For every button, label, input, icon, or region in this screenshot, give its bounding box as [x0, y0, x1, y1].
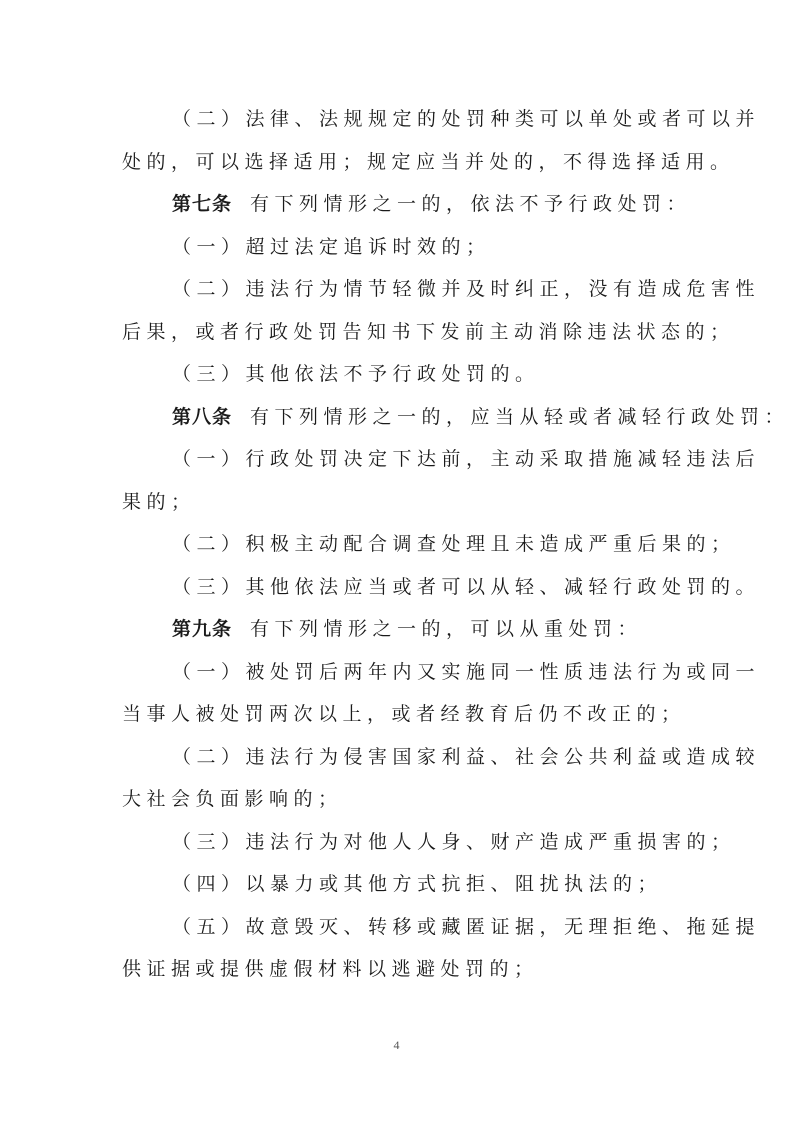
article-number: 第九条 [172, 618, 232, 640]
paragraph-line: 当事人被处罚两次以上，或者经教育后仍不改正的； [122, 693, 674, 736]
paragraph-line: （五）故意毁灭、转移或藏匿证据，无理拒绝、拖延提 [122, 906, 674, 949]
paragraph-line: 大社会负面影响的； [122, 778, 674, 821]
paragraph-line: 供证据或提供虚假材料以逃避处罚的； [122, 948, 674, 991]
paragraph-line: （四）以暴力或其他方式抗拒、阻扰执法的； [122, 863, 674, 906]
article-number: 第八条 [172, 406, 232, 428]
document-page-body: （二）法律、法规规定的处罚种类可以单处或者可以并 处的，可以选择适用；规定应当并… [122, 98, 674, 991]
paragraph-line: （一）行政处罚决定下达前，主动采取措施减轻违法后 [122, 438, 674, 481]
paragraph-line: 后果，或者行政处罚告知书下发前主动消除违法状态的； [122, 311, 674, 354]
paragraph-line: （一）超过法定追诉时效的； [122, 226, 674, 269]
paragraph-line: （二）违法行为侵害国家利益、社会公共利益或造成较 [122, 736, 674, 779]
paragraph-line: （一）被处罚后两年内又实施同一性质违法行为或同一 [122, 651, 674, 694]
paragraph-line: （二）法律、法规规定的处罚种类可以单处或者可以并 [122, 98, 674, 141]
page-number: 4 [0, 1038, 793, 1053]
paragraph-line: （三）违法行为对他人人身、财产造成严重损害的； [122, 821, 674, 864]
article-heading-9: 第九条有下列情形之一的，可以从重处罚： [122, 608, 674, 651]
article-number: 第七条 [172, 193, 232, 215]
paragraph-line: 果的； [122, 481, 674, 524]
article-heading-8: 第八条有下列情形之一的，应当从轻或者减轻行政处罚： [122, 396, 674, 439]
paragraph-line: 处的，可以选择适用；规定应当并处的，不得选择适用。 [122, 141, 674, 184]
paragraph-line: （二）违法行为情节轻微并及时纠正，没有造成危害性 [122, 268, 674, 311]
article-heading-7: 第七条有下列情形之一的，依法不予行政处罚： [122, 183, 674, 226]
paragraph-line: （三）其他依法不予行政处罚的。 [122, 353, 674, 396]
paragraph-line: （三）其他依法应当或者可以从轻、减轻行政处罚的。 [122, 566, 674, 609]
paragraph-line: （二）积极主动配合调查处理且未造成严重后果的； [122, 523, 674, 566]
